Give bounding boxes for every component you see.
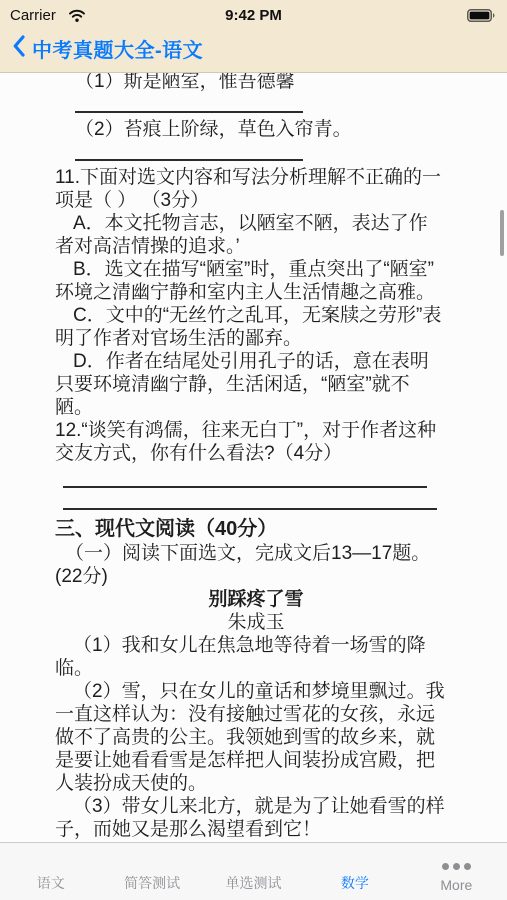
battery-icon [467,9,495,27]
option-c: C．文中的“无丝竹之乱耳，无案牍之劳形”表 [55,304,457,327]
header: Carrier 9:42 PM [0,0,507,73]
answer-blank-line [63,486,427,488]
tab-label: 简答测试 [124,873,180,893]
page-title: 中考真题大全-语文 [32,34,203,63]
question-12: 12.“谈笑有鸿儒，往来无白丁”，对于作者这种 [55,419,457,442]
chevron-left-icon [12,35,25,62]
tab-label: 数学 [341,873,369,893]
doc-line: 是要让她看看雪是怎样把人间装扮成宫殿，把 [55,749,457,772]
doc-line: 明了作者对官场生活的鄙弃。 [55,327,457,350]
exam-document: （1）斯是陋室，惟吾德馨 （2）苔痕上阶绿，草色入帘青。 11.下面对选文内容和… [0,73,507,841]
document-viewer[interactable]: （1）斯是陋室，惟吾德馨 （2）苔痕上阶绿，草色入帘青。 11.下面对选文内容和… [0,73,507,842]
status-bar: Carrier 9:42 PM [0,0,507,30]
scrollbar-thumb[interactable] [500,210,504,256]
tab-more[interactable]: More [406,843,507,900]
doc-line: 人装扮成天使的。 [55,772,457,795]
tab-multiple-choice-test[interactable]: 单选测试 [203,843,304,900]
doc-line: 项是（ ） （3分） [55,189,457,212]
answer-blank-line [75,159,303,161]
section-heading: 三、现代文阅读（40分） [55,516,457,542]
back-button[interactable]: 中考真题大全-语文 [12,34,203,63]
doc-line: （2）苔痕上阶绿，草色入帘青。 [55,118,457,141]
option-b: B．选文在描写“陋室”时，重点突出了“陋室” [55,258,457,281]
option-d: D．作者在结尾处引用孔子的话，意在表明 [55,350,457,373]
tab-label: More [440,877,472,893]
tab-short-answer-test[interactable]: 简答测试 [101,843,202,900]
doc-line: （一）阅读下面选文，完成文后13—17题。 [55,542,457,565]
doc-line: （3）带女儿来北方，就是为了让她看雪的样 [55,795,457,818]
tab-label: 单选测试 [226,873,282,893]
answer-blank-line [75,111,303,113]
doc-line: （1）斯是陋室，惟吾德馨 [55,73,457,93]
clock: 9:42 PM [0,7,507,24]
doc-line: 子，而她又是那么渴望看到它！ [55,818,457,841]
doc-line: 做不了高贵的公主。我领她到雪的故乡来，就 [55,726,457,749]
more-ellipsis-icon [442,863,471,870]
app-screen: Carrier 9:42 PM [0,0,507,900]
doc-line: （2）雪，只在女儿的童话和梦境里飘过。我 [55,680,457,703]
doc-line: 者对高洁情操的追求。’ [55,235,457,258]
answer-blank-line [63,508,437,510]
option-a: A．本文托物言志，以陋室不陋，表达了作 [55,212,457,235]
navigation-bar: 中考真题大全-语文 [0,30,507,72]
essay-title: 别踩疼了雪 [55,588,457,611]
tab-chinese[interactable]: 语文 [0,843,101,900]
essay-author: 朱成玉 [55,611,457,634]
question-11: 11.下面对选文内容和写法分析理解不正确的一 [55,166,457,189]
doc-line: 一直这样认为：没有接触过雪花的女孩，永远 [55,703,457,726]
doc-line: 交友方式，你有什么看法?（4分） [55,442,457,465]
doc-line: 环境之清幽宁静和室内主人生活情趣之高雅。 [55,281,457,304]
doc-line: (22分) [55,565,457,588]
tab-label: 语文 [37,873,65,893]
doc-line: 陋。 [55,396,457,419]
tab-bar: 语文 简答测试 单选测试 数学 More [0,842,507,900]
tab-math[interactable]: 数学 [304,843,405,900]
doc-line: 只要环境清幽宁静，生活闲适，“陋室”就不 [55,373,457,396]
doc-line: （1）我和女儿在焦急地等待着一场雪的降 [55,634,457,657]
doc-line: 临。 [55,657,457,680]
